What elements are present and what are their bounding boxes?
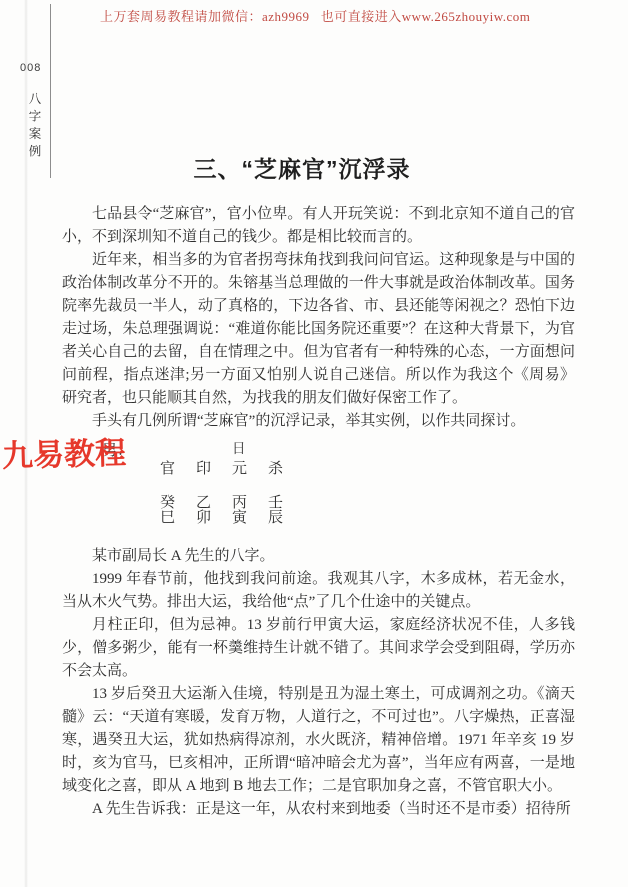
- bazi-cell: 乙: [196, 495, 232, 511]
- bazi-day-marker-row: 日: [160, 441, 304, 457]
- bazi-cell: [196, 441, 232, 457]
- bazi-cell: 寅: [232, 510, 268, 526]
- book-section-label: 八字案例: [25, 92, 43, 162]
- bazi-ten-gods-row: 官印元杀: [160, 461, 304, 477]
- paragraph: 手头有几例所谓“芝麻官”的沉浮记录，举其实例，以作共同探讨。: [62, 410, 575, 433]
- bazi-cell: [160, 441, 196, 457]
- bazi-cell: 元: [232, 461, 268, 477]
- watermark-stamp: 九易教程: [1, 427, 126, 475]
- page-number: 008: [20, 62, 41, 74]
- paragraph: 七品县令“芝麻官”，官小位卑。有人开玩笑说：不到北京知不道自己的官小，不到深圳知…: [62, 203, 575, 249]
- paragraph: 近年来，相当多的为官者拐弯抹角找到我问问官运。这种现象是与中国的政治体制改革分不…: [62, 249, 575, 410]
- bazi-cell: 丙: [232, 495, 268, 511]
- bazi-cell: 日: [232, 441, 268, 457]
- paragraph: 某市副局长 A 先生的八字。: [62, 545, 575, 568]
- paragraph: 1999 年春节前，他找到我问前途。我观其八字，木多成林，若无金水，当从木火气势…: [62, 568, 575, 614]
- bazi-cell: 壬: [268, 495, 304, 511]
- body-paragraphs: 某市副局长 A 先生的八字。1999 年春节前，他找到我问前途。我观其八字，木多…: [62, 545, 575, 821]
- bazi-cell: 官: [160, 461, 196, 477]
- article-body: 七品县令“芝麻官”，官小位卑。有人开玩笑说：不到北京知不道自己的官小，不到深圳知…: [62, 203, 575, 821]
- bazi-cell: 癸: [160, 495, 196, 511]
- bazi-cell: [268, 441, 304, 457]
- header-promo-notice: 上万套周易教程请加微信：azh9969 也可直接进入www.265zhouyiw…: [100, 6, 530, 25]
- bazi-cell: 辰: [268, 510, 304, 526]
- bazi-chart: 男： 日 官印元杀 癸乙丙壬 巳卯寅辰: [62, 433, 575, 545]
- paragraph: A 先生告诉我：正是这一年，从农村来到地委（当时还不是市委）招待所: [62, 798, 575, 821]
- bazi-cell: 杀: [268, 461, 304, 477]
- article-title: 三、“芝麻官”沉浮录: [62, 151, 542, 184]
- paragraph: 13 岁后癸丑大运渐入佳境，特别是丑为湿土寒土，可成调剂之功。《滴天髓》云：“天…: [62, 683, 575, 798]
- bazi-cell: 巳: [160, 510, 196, 526]
- bazi-cell: 印: [196, 461, 232, 477]
- bazi-cell: 卯: [196, 510, 232, 526]
- paragraph: 月柱正印，但为忌神。13 岁前行甲寅大运，家庭经济状况不佳，人多钱少，僧多粥少，…: [62, 614, 575, 683]
- sidebar-divider-line: [50, 4, 51, 178]
- intro-paragraphs: 七品县令“芝麻官”，官小位卑。有人开玩笑说：不到北京知不道自己的官小，不到深圳知…: [62, 203, 575, 433]
- bazi-heavenly-stems-row: 癸乙丙壬: [160, 495, 304, 511]
- bazi-earthly-branches-row: 巳卯寅辰: [160, 510, 304, 526]
